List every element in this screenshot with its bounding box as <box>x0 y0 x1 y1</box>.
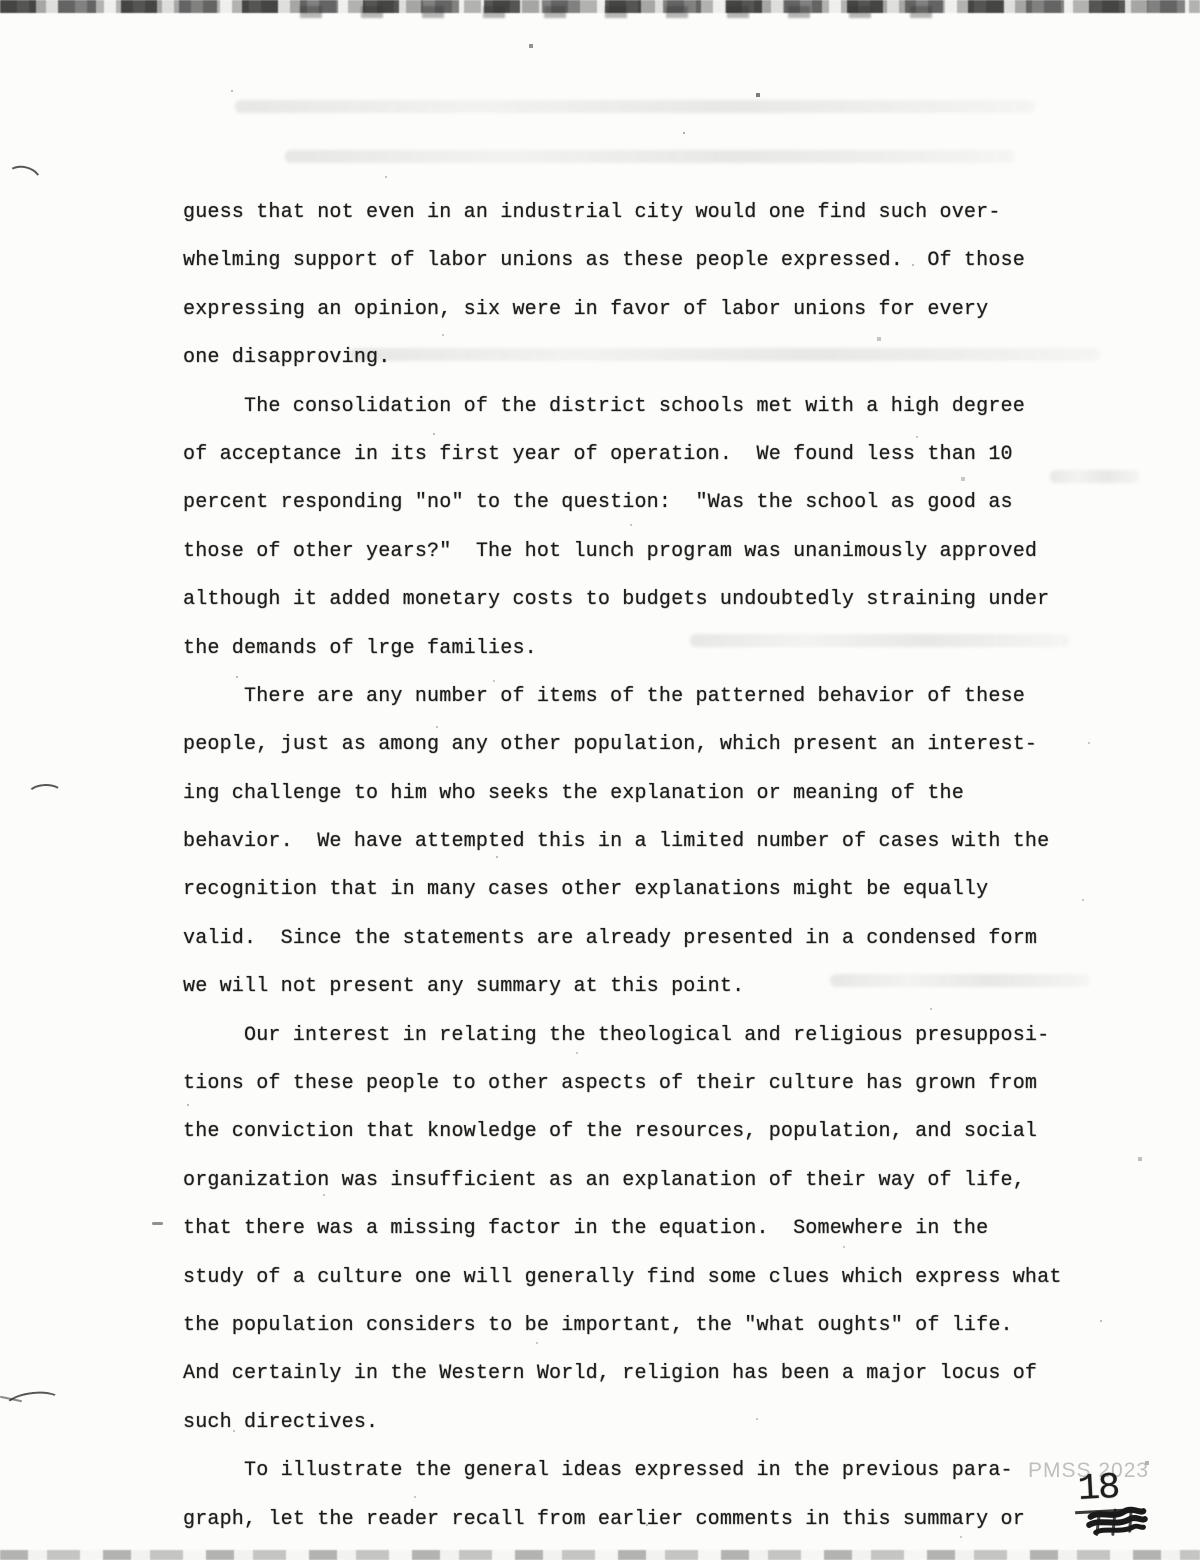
bleed-through-artifact <box>285 150 1015 163</box>
typewritten-text-block: guess that not even in an industrial cit… <box>183 189 1062 1544</box>
paragraph: To illustrate the general ideas expresse… <box>183 1447 1062 1544</box>
text-line: study of a culture one will generally fi… <box>183 1254 1062 1302</box>
bleed-through-artifact <box>1050 470 1140 483</box>
text-line: percent responding "no" to the question:… <box>183 479 1062 527</box>
paragraph: There are any number of items of the pat… <box>183 673 1062 1012</box>
scan-noise-blobs-top <box>300 6 940 18</box>
text-line: ing challenge to him who seeks the expla… <box>183 770 1062 818</box>
text-line: we will not present any summary at this … <box>183 963 1062 1011</box>
scanned-document-page: guess that not even in an industrial cit… <box>0 0 1200 1560</box>
text-line: valid. Since the statements are already … <box>183 915 1062 963</box>
scan-speckles <box>0 0 2 2</box>
text-line: that there was a missing factor in the e… <box>183 1205 1062 1253</box>
text-line: There are any number of items of the pat… <box>183 673 1062 721</box>
text-line: tions of these people to other aspects o… <box>183 1060 1062 1108</box>
text-line: people, just as among any other populati… <box>183 721 1062 769</box>
paragraph: The consolidation of the district school… <box>183 383 1062 673</box>
text-line: whelming support of labor unions as thes… <box>183 237 1062 285</box>
text-line: one disapproving. <box>183 334 1062 382</box>
text-line: the population considers to be important… <box>183 1302 1062 1350</box>
text-line: the demands of lrge families. <box>183 625 1062 673</box>
crossed-out-number-scribble <box>1085 1504 1149 1540</box>
paragraph: Our interest in relating the theological… <box>183 1012 1062 1448</box>
text-line: Our interest in relating the theological… <box>183 1012 1062 1060</box>
text-line: The consolidation of the district school… <box>183 383 1062 431</box>
stray-ink-mark <box>152 1222 163 1225</box>
text-line: such directives. <box>183 1399 1062 1447</box>
text-line: of acceptance in its first year of opera… <box>183 431 1062 479</box>
text-line: organization was insufficient as an expl… <box>183 1157 1062 1205</box>
bleed-through-artifact <box>235 100 1035 113</box>
pencil-arc-mark <box>3 1389 64 1421</box>
text-line: those of other years?" The hot lunch pro… <box>183 528 1062 576</box>
text-line: the conviction that knowledge of the res… <box>183 1108 1062 1156</box>
text-line: To illustrate the general ideas expresse… <box>183 1447 1062 1495</box>
text-line: recognition that in many cases other exp… <box>183 866 1062 914</box>
text-line: although it added monetary costs to budg… <box>183 576 1062 624</box>
pencil-arc-mark <box>26 783 63 806</box>
text-line: graph, let the reader recall from earlie… <box>183 1496 1062 1544</box>
text-line: expressing an opinion, six were in favor… <box>183 286 1062 334</box>
paragraph: guess that not even in an industrial cit… <box>183 189 1062 383</box>
text-line: And certainly in the Western World, reli… <box>183 1350 1062 1398</box>
text-line: behavior. We have attempted this in a li… <box>183 818 1062 866</box>
scan-noise-band-bottom <box>0 1550 1200 1560</box>
text-line: guess that not even in an industrial cit… <box>183 189 1062 237</box>
pencil-arc-mark <box>1 162 45 200</box>
